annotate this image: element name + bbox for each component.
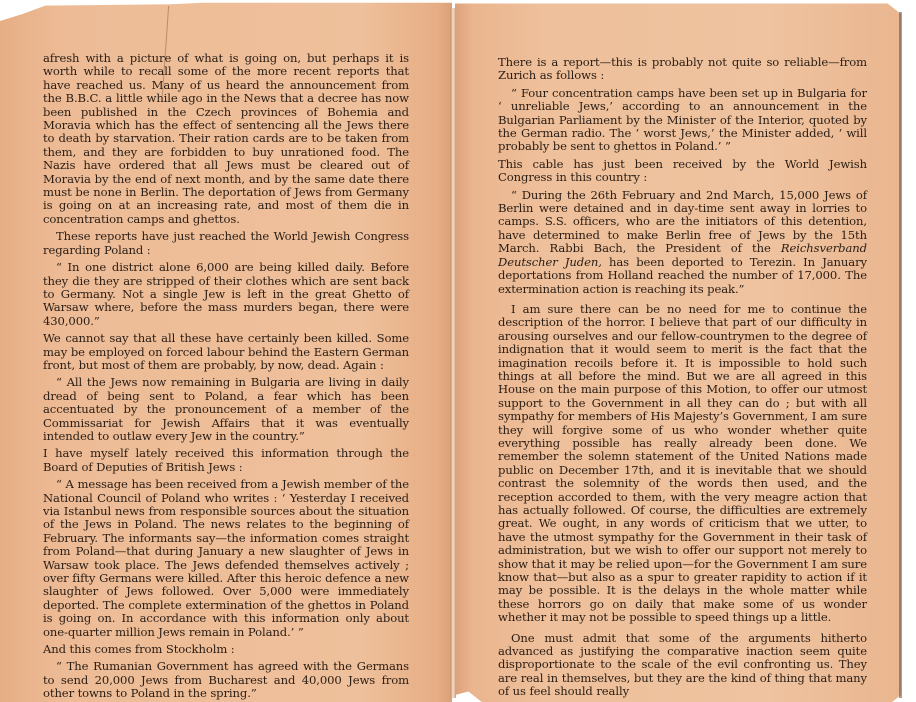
paragraph: I am sure there can be no need for me to… <box>498 303 867 625</box>
paragraph: These reports have just reached the Worl… <box>43 230 409 257</box>
quotation: “ Four concentration camps have been set… <box>498 87 867 154</box>
quotation: “ In one district alone 6,000 are being … <box>43 261 409 328</box>
booklet-spread: afresh with a picture of what is going o… <box>0 0 916 702</box>
paragraph: One must admit that some of the argument… <box>498 632 867 699</box>
paragraph: We cannot say that all these have certai… <box>43 332 409 372</box>
quotation: “ A message has been received from a Jew… <box>43 478 409 639</box>
left-page-text: afresh with a picture of what is going o… <box>43 52 409 702</box>
quotation: “ The Rumanian Government has agreed wit… <box>43 660 409 700</box>
paragraph: afresh with a picture of what is going o… <box>43 52 409 226</box>
paragraph: This cable has just been received by the… <box>498 158 867 185</box>
quotation: “ All the Jews now remaining in Bulgaria… <box>43 376 409 443</box>
right-page: There is a report—this is probably not q… <box>455 0 901 702</box>
quotation: “ During the 26th February and 2nd March… <box>498 189 867 296</box>
paragraph: There is a report—this is probably not q… <box>498 56 867 83</box>
paragraph: And this comes from Stockholm : <box>43 643 409 656</box>
left-page: afresh with a picture of what is going o… <box>0 0 452 702</box>
paragraph: I have myself lately received this infor… <box>43 447 409 474</box>
page-edge-shadow <box>899 12 902 698</box>
right-page-text: There is a report—this is probably not q… <box>498 56 867 702</box>
